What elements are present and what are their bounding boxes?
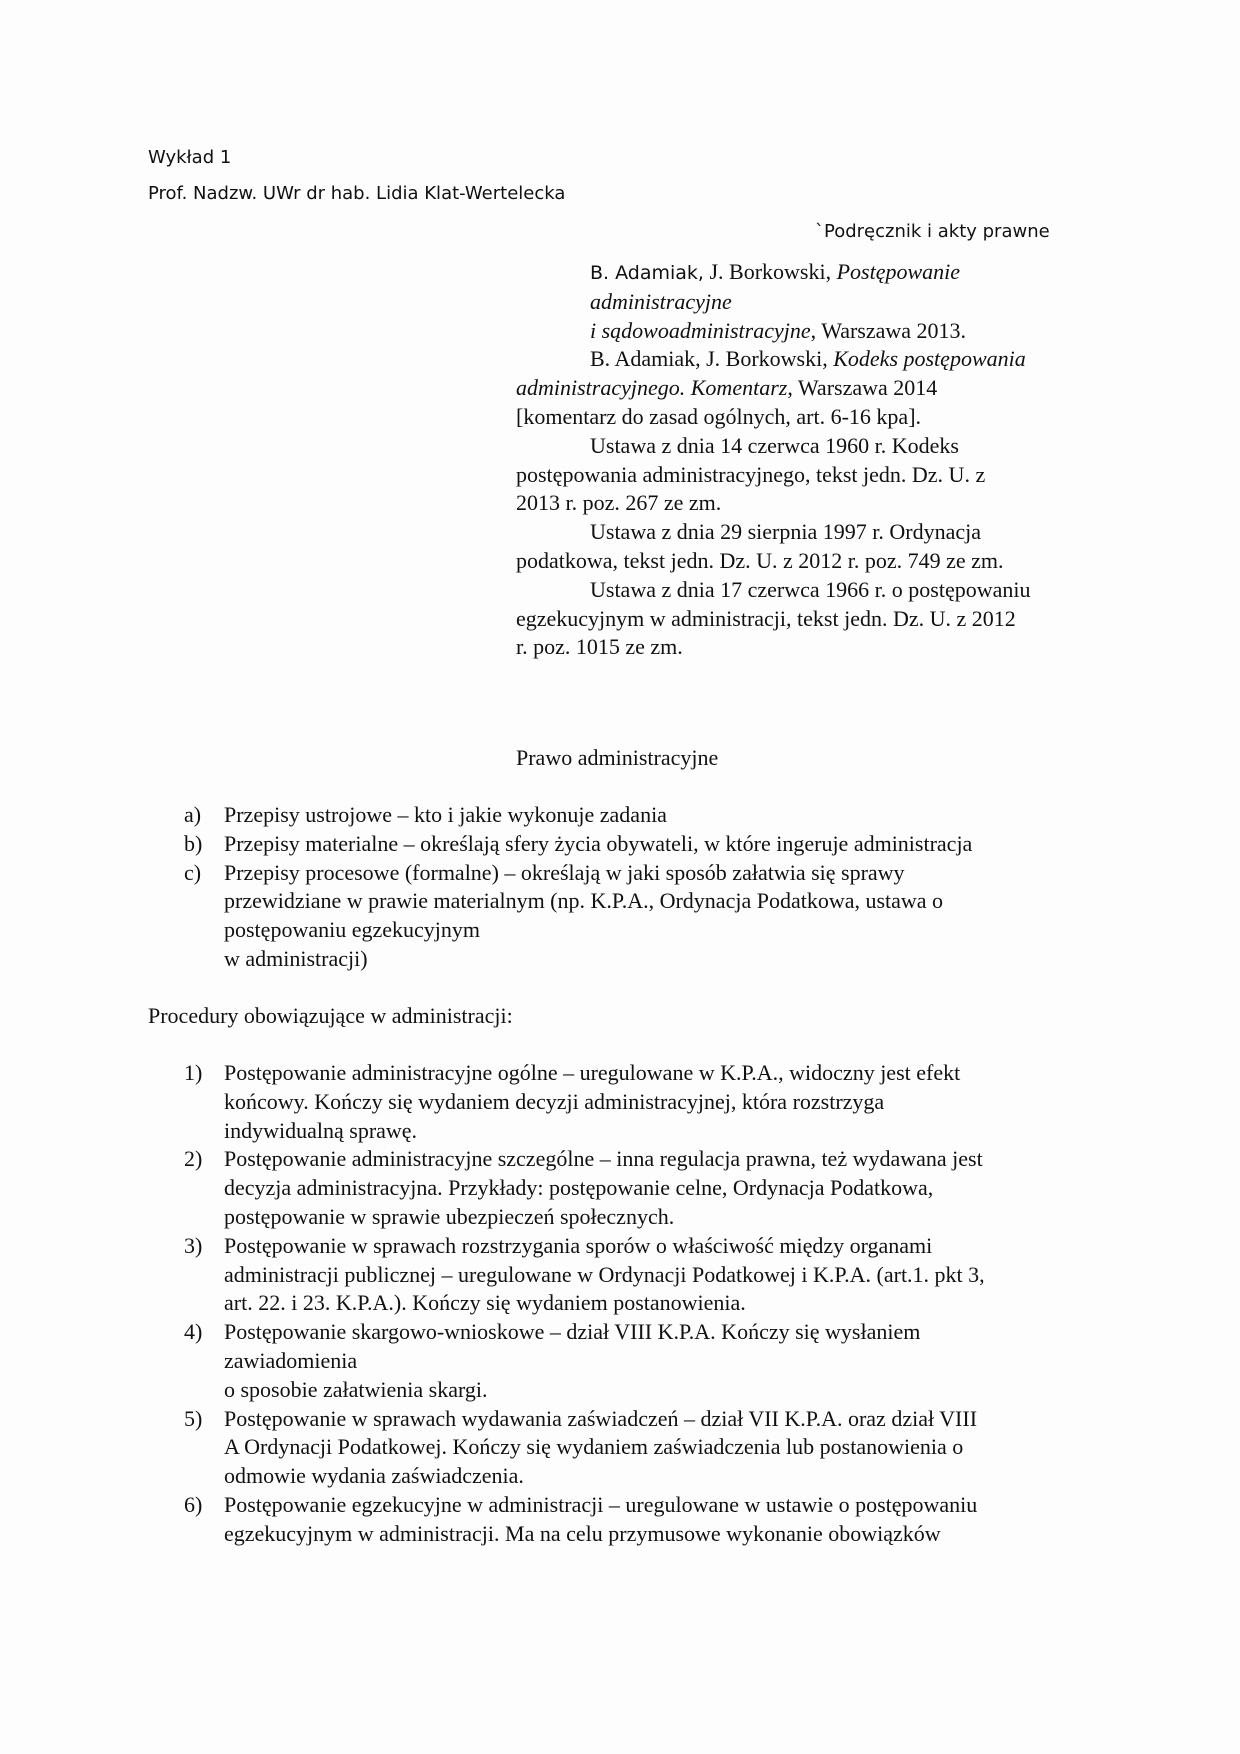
list-item: 1)Postępowanie administracyjne ogólne – … <box>184 1059 1104 1145</box>
list-item-text: art. 22. i 23. K.P.A.). Kończy się wydan… <box>224 1289 1104 1318</box>
list-item-text: Przepisy ustrojowe – kto i jakie wykonuj… <box>224 801 1104 830</box>
list-marker: b) <box>184 830 202 859</box>
reference-1-line-3: i sądowoadministracyjne, Warszawa 2013. <box>516 317 1096 346</box>
list-item-text: Postępowanie skargowo-wnioskowe – dział … <box>224 1318 1104 1347</box>
list-item: 6)Postępowanie egzekucyjne w administrac… <box>184 1491 1104 1549</box>
reference-2-place-year: , Warszawa 2014 <box>787 375 937 400</box>
list-item-text: Przepisy materialne – określają sfery ży… <box>224 830 1104 859</box>
list-item: 3)Postępowanie w sprawach rozstrzygania … <box>184 1232 1104 1318</box>
reference-3-line-1: Ustawa z dnia 14 czerwca 1960 r. Kodeks <box>516 432 1096 461</box>
list-item: c)Przepisy procesowe (formalne) – określ… <box>184 859 1104 974</box>
reference-2-title-cont: administracyjnego. Komentarz <box>516 375 787 400</box>
list-item-text: o sposobie załatwienia skargi. <box>224 1376 1104 1405</box>
list-item-text: A Ordynacji Podatkowej. Kończy się wydan… <box>224 1433 1104 1462</box>
list-item-text: odmowie wydania zaświadczenia. <box>224 1462 1104 1491</box>
alpha-list: a)Przepisy ustrojowe – kto i jakie wykon… <box>184 801 1104 974</box>
procedures-list: 1)Postępowanie administracyjne ogólne – … <box>184 1059 1104 1549</box>
list-marker: c) <box>184 859 201 888</box>
list-item-text: przewidziane w prawie materialnym (np. K… <box>224 887 1104 916</box>
list-item-text: Postępowanie administracyjne szczególne … <box>224 1145 1104 1174</box>
list-item-text: zawiadomienia <box>224 1347 1104 1376</box>
lecturer-name: Prof. Nadzw. UWr dr hab. Lidia Klat-Wert… <box>148 183 565 204</box>
list-marker: a) <box>184 801 201 830</box>
list-item: 5)Postępowanie w sprawach wydawania zaśw… <box>184 1405 1104 1491</box>
list-item-text: egzekucyjnym w administracji. Ma na celu… <box>224 1520 1104 1549</box>
reference-5-line-2: egzekucyjnym w administracji, tekst jedn… <box>516 605 1096 634</box>
reference-1-line-1: B. Adamiak, J. Borkowski, Postępowanie <box>516 258 1096 288</box>
section-title: Prawo administracyjne <box>516 745 718 771</box>
references-block: B. Adamiak, J. Borkowski, Postępowanie a… <box>516 258 1096 662</box>
list-item-text: Przepisy procesowe (formalne) – określaj… <box>224 859 1104 888</box>
list-item: 4)Postępowanie skargowo-wnioskowe – dzia… <box>184 1318 1104 1404</box>
list-item: a)Przepisy ustrojowe – kto i jakie wykon… <box>184 801 1104 830</box>
list-item-text: Postępowanie w sprawach rozstrzygania sp… <box>224 1232 1104 1261</box>
reference-2-line-2: administracyjnego. Komentarz, Warszawa 2… <box>516 374 1096 403</box>
list-item-text: administracji publicznej – uregulowane w… <box>224 1261 1104 1290</box>
list-item-text: indywidualną sprawę. <box>224 1117 1104 1146</box>
reference-1-authors-initial: B. Adamiak, <box>590 262 704 284</box>
reference-1-title-cont: administracyjne <box>590 289 732 314</box>
list-item-text: postępowaniu egzekucyjnym <box>224 916 1104 945</box>
list-item-text: Postępowanie egzekucyjne w administracji… <box>224 1491 1104 1520</box>
list-item-text: w administracji) <box>224 945 1104 974</box>
list-marker: 4) <box>184 1318 202 1347</box>
list-item-text: Postępowanie administracyjne ogólne – ur… <box>224 1059 1104 1088</box>
reference-5-line-3: r. poz. 1015 ze zm. <box>516 633 1096 662</box>
reference-1-authors: J. Borkowski, <box>704 259 837 284</box>
procedures-heading: Procedury obowiązujące w administracji: <box>148 1003 513 1029</box>
list-item-text: postępowanie w sprawie ubezpieczeń społe… <box>224 1203 1104 1232</box>
lecture-title: Wykład 1 <box>148 147 231 168</box>
list-marker: 5) <box>184 1405 202 1434</box>
references-heading: `Podręcznik i akty prawne <box>815 221 1050 242</box>
reference-5-line-1: Ustawa z dnia 17 czerwca 1966 r. o postę… <box>516 576 1096 605</box>
reference-2-line-3: [komentarz do zasad ogólnych, art. 6-16 … <box>516 403 1096 432</box>
reference-1-title-cont: i sądowoadministracyjne <box>590 318 811 343</box>
reference-1-place-year: , Warszawa 2013. <box>811 318 966 343</box>
list-item: b)Przepisy materialne – określają sfery … <box>184 830 1104 859</box>
list-item-text: decyzja administracyjna. Przykłady: post… <box>224 1174 1104 1203</box>
list-item-text: końcowy. Kończy się wydaniem decyzji adm… <box>224 1088 1104 1117</box>
reference-4-line-1: Ustawa z dnia 29 sierpnia 1997 r. Ordyna… <box>516 518 1096 547</box>
list-marker: 6) <box>184 1491 202 1520</box>
reference-4-line-2: podatkowa, tekst jedn. Dz. U. z 2012 r. … <box>516 547 1096 576</box>
list-marker: 3) <box>184 1232 202 1261</box>
reference-1-title: Postępowanie <box>837 259 960 284</box>
list-marker: 2) <box>184 1145 202 1174</box>
reference-2-line-1: B. Adamiak, J. Borkowski, Kodeks postępo… <box>516 345 1096 374</box>
reference-2-title: Kodeks postępowania <box>833 346 1026 371</box>
list-marker: 1) <box>184 1059 202 1088</box>
list-item-text: Postępowanie w sprawach wydawania zaświa… <box>224 1405 1104 1434</box>
list-item: 2)Postępowanie administracyjne szczególn… <box>184 1145 1104 1231</box>
reference-3-line-3: 2013 r. poz. 267 ze zm. <box>516 489 1096 518</box>
reference-1-line-2: administracyjne <box>516 288 1096 317</box>
reference-3-line-2: postępowania administracyjnego, tekst je… <box>516 461 1096 490</box>
reference-2-authors: B. Adamiak, J. Borkowski, <box>590 346 833 371</box>
